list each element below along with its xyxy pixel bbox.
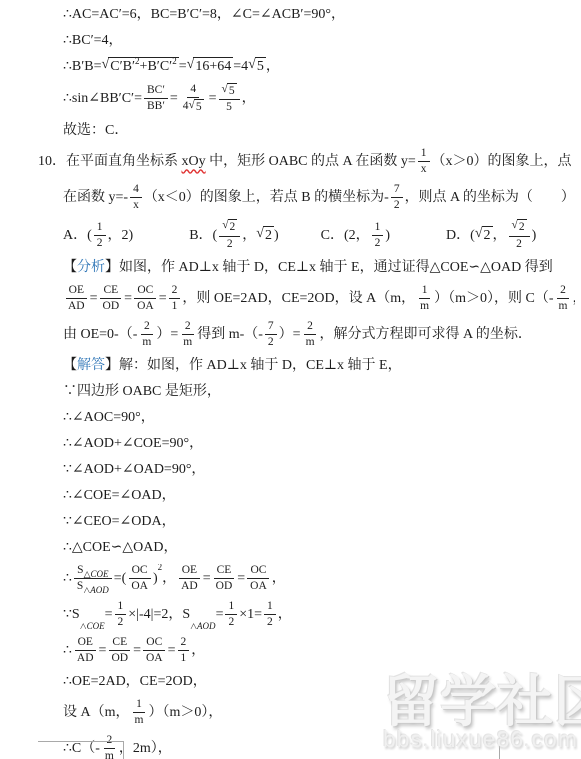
fraction-numerator: 1	[418, 147, 430, 162]
math-text: =	[90, 289, 98, 308]
math-text: 5	[226, 101, 232, 114]
fraction: OCOA	[134, 284, 157, 313]
math-text: ∵∠AOD+∠OAD=90°，	[63, 460, 205, 479]
fraction: 12	[115, 600, 127, 629]
fraction: 2m	[303, 320, 318, 349]
math-text: OD	[111, 652, 128, 665]
fraction-denominator: 2	[265, 335, 277, 349]
math-text: OA	[146, 652, 163, 665]
math-text: OD	[103, 300, 120, 313]
fraction-numerator: BC′	[144, 84, 168, 99]
fraction-denominator: 2	[94, 236, 106, 250]
fraction: 1m	[417, 284, 432, 313]
math-text: x	[133, 199, 139, 212]
fraction-numerator: OC	[247, 564, 269, 579]
fraction: CEOD	[213, 564, 236, 593]
math-text: x	[421, 163, 427, 176]
fraction-denominator: m	[555, 299, 570, 313]
footer-tick-mark	[499, 745, 500, 759]
sqrt: √16+64	[187, 57, 234, 76]
math-text: m	[306, 336, 315, 349]
fraction-denominator: AD	[178, 579, 201, 593]
math-text: C′B′	[110, 58, 135, 76]
fraction-denominator: m	[132, 713, 147, 727]
radicand: 2	[517, 219, 527, 234]
math-text: ，	[272, 569, 286, 588]
math-text: 【	[63, 258, 77, 277]
math-text: )	[532, 226, 537, 245]
answer-line: 故选：C．	[63, 121, 575, 140]
sqrt: √2	[475, 226, 493, 245]
math-text: AD	[68, 300, 85, 313]
math-text: BB′	[147, 100, 165, 113]
math-text: （x＜0）的图象上，若点 B 的横坐标为-	[144, 188, 389, 207]
fraction-numerator: √2	[509, 219, 530, 236]
math-text: ∴OE=2AD，CE=2OD，	[63, 672, 207, 691]
math-text: ，2) B．(	[108, 226, 218, 245]
fraction-numerator: 2	[169, 284, 181, 299]
fraction-denominator: OD	[213, 579, 236, 593]
solution-line: ∵∠CEO=∠ODA，	[63, 512, 575, 531]
math-text: 2	[181, 636, 187, 649]
math-text: ∵四边形 OABC 是矩形，	[63, 382, 221, 401]
fraction: √55	[219, 83, 240, 114]
solution-line: ∴S△COES△AOD=(OCOA)2，OEAD=CEOD=OCOA，	[63, 564, 575, 593]
prev-solution-line: ∴B′B=√C′B′2+B′C′2=√16+64=4√5，	[63, 57, 575, 76]
math-text: m	[135, 714, 144, 727]
math-text: BC′	[147, 84, 165, 97]
analysis-line: OEAD=CEOD=OCOA=21，则 OE=2AD，CE=2OD，设 A（m，…	[63, 284, 575, 313]
fraction-denominator: x	[418, 162, 430, 176]
math-text: =4	[233, 57, 248, 76]
math-text: ∴B′B=	[63, 57, 102, 76]
math-text: ，2m），	[119, 739, 172, 758]
sqrt: √2	[256, 226, 274, 245]
math-text: 2	[560, 284, 566, 297]
radicand: 16+64	[193, 57, 233, 76]
math-text: 分析	[77, 258, 105, 277]
fraction: 4x	[130, 183, 142, 212]
math-text: =	[99, 641, 107, 660]
fraction-denominator: OD	[108, 651, 131, 665]
fraction: CEOD	[108, 636, 131, 665]
fraction-numerator: OC	[129, 564, 151, 579]
fraction: OEAD	[74, 636, 97, 665]
fraction: 44√5	[180, 83, 207, 114]
fraction-denominator: m	[139, 335, 154, 349]
math-text: ∴sin∠BB′C′=	[63, 89, 142, 108]
fraction-denominator: 1	[178, 651, 190, 665]
math-text: 2	[307, 320, 313, 333]
math-text: CE	[112, 636, 127, 649]
fraction-denominator: AD	[65, 299, 88, 313]
fraction-denominator: 4√5	[180, 98, 207, 114]
fraction: 2m	[180, 320, 195, 349]
fraction: 2m	[555, 284, 570, 313]
math-text: ）（m＞0），	[148, 703, 222, 722]
math-text: 1	[181, 652, 187, 665]
math-text: 7	[394, 183, 400, 196]
fraction-numerator: 4	[130, 183, 142, 198]
fraction-numerator: √2	[219, 219, 240, 236]
fraction-denominator: BB′	[144, 99, 168, 113]
fraction-numerator: 4	[187, 83, 199, 98]
math-text: =	[133, 641, 141, 660]
math-text: 解答	[77, 356, 105, 375]
subscript: △AOD	[190, 622, 215, 629]
fraction-numerator: CE	[100, 284, 121, 299]
fraction: 12	[372, 221, 384, 250]
fraction-denominator: x	[130, 198, 142, 212]
math-text: ，	[266, 57, 280, 76]
math-text: 中，矩形 OABC 的点 A 在函数 y=	[206, 152, 416, 171]
math-text: ∴BC′=4，	[63, 31, 123, 50]
solution-line: ∴OE=2AD，CE=2OD，	[63, 672, 575, 691]
sqrt: √2	[512, 219, 527, 234]
math-text: OE	[182, 564, 197, 577]
fraction: 12	[94, 221, 106, 250]
math-text: 1	[136, 698, 142, 711]
math-text: OD	[216, 580, 233, 593]
math-text: 1	[228, 600, 234, 613]
fraction-denominator: OA	[247, 579, 270, 593]
fraction-denominator: OD	[100, 299, 123, 313]
math-text: 】解：如图，作 AD⊥x 轴于 D，CE⊥x 轴于 E，	[105, 356, 402, 375]
math-text: OC	[146, 636, 162, 649]
options-line: A．(12，2) B．(√22，√2) C．(2，12) D．(√2，√22)	[63, 219, 575, 250]
fraction-denominator: 2	[264, 615, 276, 629]
math-text: 16+64	[195, 58, 231, 76]
math-text: 2	[519, 220, 525, 234]
math-text: m	[558, 300, 567, 313]
math-text: ）=	[279, 325, 301, 344]
math-text: 5	[196, 100, 202, 114]
math-text: 2	[268, 336, 274, 349]
fraction-denominator: 2	[225, 615, 237, 629]
math-text: ×|-4|=2，S	[128, 605, 190, 624]
fraction-denominator: m	[303, 335, 318, 349]
fraction: OCOA	[247, 564, 270, 593]
question-10-stem: 10．在平面直角坐标系 xOy 中，矩形 OABC 的点 A 在函数 y=1x（…	[38, 147, 575, 176]
superscript: 2	[172, 57, 177, 66]
fraction: 21	[169, 284, 181, 313]
math-text: ，2m），	[572, 289, 575, 308]
math-text: ，则 OE=2AD，CE=2OD，设 A（m，	[182, 289, 415, 308]
math-text: ∴∠AOD+∠COE=90°，	[63, 434, 203, 453]
math-text: 1	[421, 147, 427, 160]
fraction-numerator: 1	[264, 600, 276, 615]
fraction-denominator: m	[417, 299, 432, 313]
math-text: 1	[267, 600, 273, 613]
fraction-denominator: 2	[372, 236, 384, 250]
fraction: S△COES△AOD	[74, 564, 112, 593]
fraction-denominator: OA	[134, 299, 157, 313]
math-text: 1	[172, 300, 178, 313]
math-text: =	[237, 569, 245, 588]
solution-line: ∴∠AOC=90°，	[63, 408, 575, 427]
fraction-numerator: 2	[304, 320, 316, 335]
radicand: 2	[263, 226, 274, 245]
math-text: =	[105, 605, 113, 624]
solution-line: ∴△COE∽△OAD，	[63, 538, 575, 557]
sqrt: √5	[189, 99, 204, 114]
sqrt: √2	[222, 219, 237, 234]
prev-solution-line: ∴AC=AC′=6，BC=B′C′=8，∠C=∠ACB′=90°，	[63, 5, 575, 24]
math-text: =	[168, 641, 176, 660]
fraction-numerator: S△COE	[74, 564, 111, 579]
fraction-numerator: 7	[391, 183, 403, 198]
math-text: 设 A（m，	[63, 703, 130, 722]
solution-line: ∴OEAD=CEOD=OCOA=21，	[63, 636, 575, 665]
math-text: A．(	[63, 226, 92, 245]
math-text: （x＞0）的图象上，点 C	[432, 152, 575, 171]
math-text: ∵∠CEO=∠ODA，	[63, 512, 176, 531]
fraction-denominator: 2	[224, 237, 236, 251]
fraction: 2m	[139, 320, 154, 349]
math-text: 7	[268, 320, 274, 333]
math-text: m	[420, 300, 429, 313]
fraction-denominator: S△AOD	[74, 579, 112, 593]
fraction-denominator: m	[180, 335, 195, 349]
math-text: OE	[78, 636, 93, 649]
fraction-denominator: 1	[169, 299, 181, 313]
radicand: 2	[482, 226, 493, 245]
math-text: 2	[394, 199, 400, 212]
math-text: 5	[257, 58, 264, 76]
math-text: m	[183, 336, 192, 349]
math-text: 1	[97, 221, 103, 234]
math-text: 1	[422, 284, 428, 297]
subscript: △AOD	[83, 586, 108, 593]
fraction: 12	[225, 600, 237, 629]
solution-label-line: 【解答】解：如图，作 AD⊥x 轴于 D，CE⊥x 轴于 E，	[63, 356, 575, 375]
math-text: =	[179, 57, 187, 76]
fraction-denominator: 5	[223, 100, 235, 114]
radicand: 5	[194, 99, 204, 114]
fraction-denominator: 2	[115, 615, 127, 629]
fraction-numerator: CE	[109, 636, 130, 651]
math-text: +B′C′	[140, 58, 173, 76]
math-text: OA	[131, 580, 148, 593]
math-text: ，	[493, 226, 507, 245]
subscript: △COE	[80, 622, 105, 629]
fraction-numerator: OE	[179, 564, 200, 579]
math-text: ，	[162, 569, 176, 588]
math-text: 2	[144, 320, 150, 333]
math-text: 2	[230, 220, 236, 234]
math-text: ∴AC=AC′=6，BC=B′C′=8，∠C=∠ACB′=90°，	[63, 5, 345, 24]
fraction-numerator: 2	[178, 636, 190, 651]
math-text: ，	[242, 226, 256, 245]
fraction: OCOA	[128, 564, 151, 593]
math-text: =	[170, 89, 178, 108]
question-10-stem: 在函数 y=-4x（x＜0）的图象上，若点 B 的横坐标为-72，则点 A 的坐…	[63, 183, 575, 212]
math-text: OC	[132, 564, 148, 577]
math-text: 2	[228, 616, 234, 629]
math-text: 10．在平面直角坐标系	[38, 152, 182, 171]
fraction: OCOA	[143, 636, 166, 665]
fraction: 72	[265, 320, 277, 349]
math-text: 2	[118, 616, 124, 629]
radicand: C′B′2+B′C′2	[108, 57, 179, 76]
math-text: 】如图，作 AD⊥x 轴于 D，CE⊥x 轴于 E，通过证得△COE∽△OAD …	[105, 258, 553, 277]
math-text: 4	[190, 83, 196, 96]
fraction-numerator: 1	[133, 698, 145, 713]
fraction-denominator: OA	[128, 579, 151, 593]
math-text: ，	[242, 89, 256, 108]
math-text: OC	[250, 564, 266, 577]
math-text: =	[209, 89, 217, 108]
math-text: OA	[137, 300, 154, 313]
fraction-numerator: CE	[214, 564, 235, 579]
page-corner-mark	[38, 741, 124, 759]
solution-line: 设 A（m，1m）（m＞0），	[63, 698, 575, 727]
math-text: 2	[267, 616, 273, 629]
fraction: 12	[264, 600, 276, 629]
fraction-numerator: 2	[182, 320, 194, 335]
math-text: ，解分式方程即可求得 A 的坐标．	[320, 325, 532, 344]
math-text: ）=	[156, 325, 178, 344]
radicand: 5	[227, 83, 237, 98]
math-text: ) D．(	[385, 226, 474, 245]
math-text: 2	[375, 237, 381, 250]
math-text: OC	[137, 284, 153, 297]
analysis-label-line: 【分析】如图，作 AD⊥x 轴于 D，CE⊥x 轴于 E，通过证得△COE∽△O…	[63, 258, 575, 277]
fraction-numerator: 7	[265, 320, 277, 335]
math-text: 2	[227, 238, 233, 251]
math-text: =	[203, 569, 211, 588]
math-text: OA	[250, 580, 267, 593]
solution-line: ∵∠AOD+∠OAD=90°，	[63, 460, 575, 479]
fraction-numerator: 1	[419, 284, 431, 299]
prev-solution-line: ∴BC′=4，	[63, 31, 575, 50]
math-text: ×1=	[239, 605, 262, 624]
fraction: CEOD	[100, 284, 123, 313]
math-text: 4	[133, 183, 139, 196]
radicand: 5	[255, 57, 266, 76]
fraction-denominator: 2	[513, 237, 525, 251]
math-text: =	[159, 289, 167, 308]
math-text: ）（m＞0），则 C（-	[434, 289, 553, 308]
fraction: BC′BB′	[144, 84, 168, 113]
math-text: ∴△COE∽△OAD，	[63, 538, 178, 557]
math-text: 1	[375, 221, 381, 234]
fraction: 1m	[132, 698, 147, 727]
math-text: 2	[185, 320, 191, 333]
sqrt: √5	[222, 83, 237, 98]
math-text: ∵S	[63, 605, 80, 624]
math-text: ∴∠AOC=90°，	[63, 408, 155, 427]
prev-solution-line: ∴sin∠BB′C′=BC′BB′=44√5=√55，	[63, 83, 575, 114]
solution-line: ∵S△COE=12×|-4|=2，S△AOD=12×1=12，	[63, 600, 575, 629]
fraction-numerator: 2	[557, 284, 569, 299]
fraction: 21	[178, 636, 190, 665]
math-text: 2	[97, 237, 103, 250]
math-text: OE	[69, 284, 84, 297]
math-text: ，	[191, 641, 205, 660]
fraction-numerator: OC	[143, 636, 165, 651]
math-text: CE	[103, 284, 118, 297]
analysis-line: 由 OE=0-（-2m）=2m得到 m-（-72）=2m，解分式方程即可求得 A…	[63, 320, 575, 349]
solution-line: ∴∠COE=∠OAD，	[63, 486, 575, 505]
math-text: xOy	[182, 152, 206, 171]
fraction: OEAD	[65, 284, 88, 313]
math-text: 2	[172, 284, 178, 297]
sqrt: √5	[248, 57, 266, 76]
math-text: 5	[229, 84, 235, 98]
math-text: ，则点 A 的坐标为（ ）	[405, 188, 575, 207]
fraction-numerator: 2	[141, 320, 153, 335]
math-text: ∴	[63, 641, 72, 660]
fraction: 1x	[418, 147, 430, 176]
math-text: AD	[181, 580, 198, 593]
math-text: 1	[118, 600, 124, 613]
math-text: AD	[77, 652, 94, 665]
fraction-numerator: OC	[134, 284, 156, 299]
fraction: 72	[391, 183, 403, 212]
math-text: 得到 m-（-	[197, 325, 263, 344]
fraction-numerator: 1	[372, 221, 384, 236]
fraction-denominator: AD	[74, 651, 97, 665]
subscript: △COE	[84, 570, 109, 579]
math-text: 2	[516, 238, 522, 251]
math-text: 2	[265, 227, 272, 245]
fraction-numerator: 1	[225, 600, 237, 615]
math-text: 故选：C．	[63, 121, 128, 140]
math-text: =	[124, 289, 132, 308]
math-text: m	[142, 336, 151, 349]
math-text: ∴∠COE=∠OAD，	[63, 486, 176, 505]
math-text: =	[216, 605, 224, 624]
solution-line: ∵四边形 OABC 是矩形，	[63, 382, 575, 401]
fraction-numerator: OE	[66, 284, 87, 299]
math-text: ，	[278, 605, 292, 624]
fraction-denominator: 2	[391, 198, 403, 212]
math-text: 在函数 y=-	[63, 188, 128, 207]
fraction-numerator: OE	[75, 636, 96, 651]
math-text: 2	[484, 227, 491, 245]
math-text: =(	[114, 569, 127, 588]
fraction-numerator: 1	[94, 221, 106, 236]
fraction-numerator: √5	[219, 83, 240, 100]
solution-line: ∴∠AOD+∠COE=90°，	[63, 434, 575, 453]
fraction: √22	[219, 219, 240, 250]
radicand: 2	[228, 219, 238, 234]
math-text: 【	[63, 356, 77, 375]
fraction-denominator: OA	[143, 651, 166, 665]
solution-document-body: ∴AC=AC′=6，BC=B′C′=8，∠C=∠ACB′=90°，∴BC′=4，…	[0, 0, 581, 759]
fraction: OEAD	[178, 564, 201, 593]
math-text: ∴	[63, 569, 72, 588]
math-text: 由 OE=0-（-	[63, 325, 137, 344]
math-text: ) C．(2，	[274, 226, 370, 245]
math-text: CE	[217, 564, 232, 577]
fraction: √22	[509, 219, 530, 250]
fraction-numerator: 1	[115, 600, 127, 615]
sqrt: √C′B′2+B′C′2	[102, 57, 179, 76]
